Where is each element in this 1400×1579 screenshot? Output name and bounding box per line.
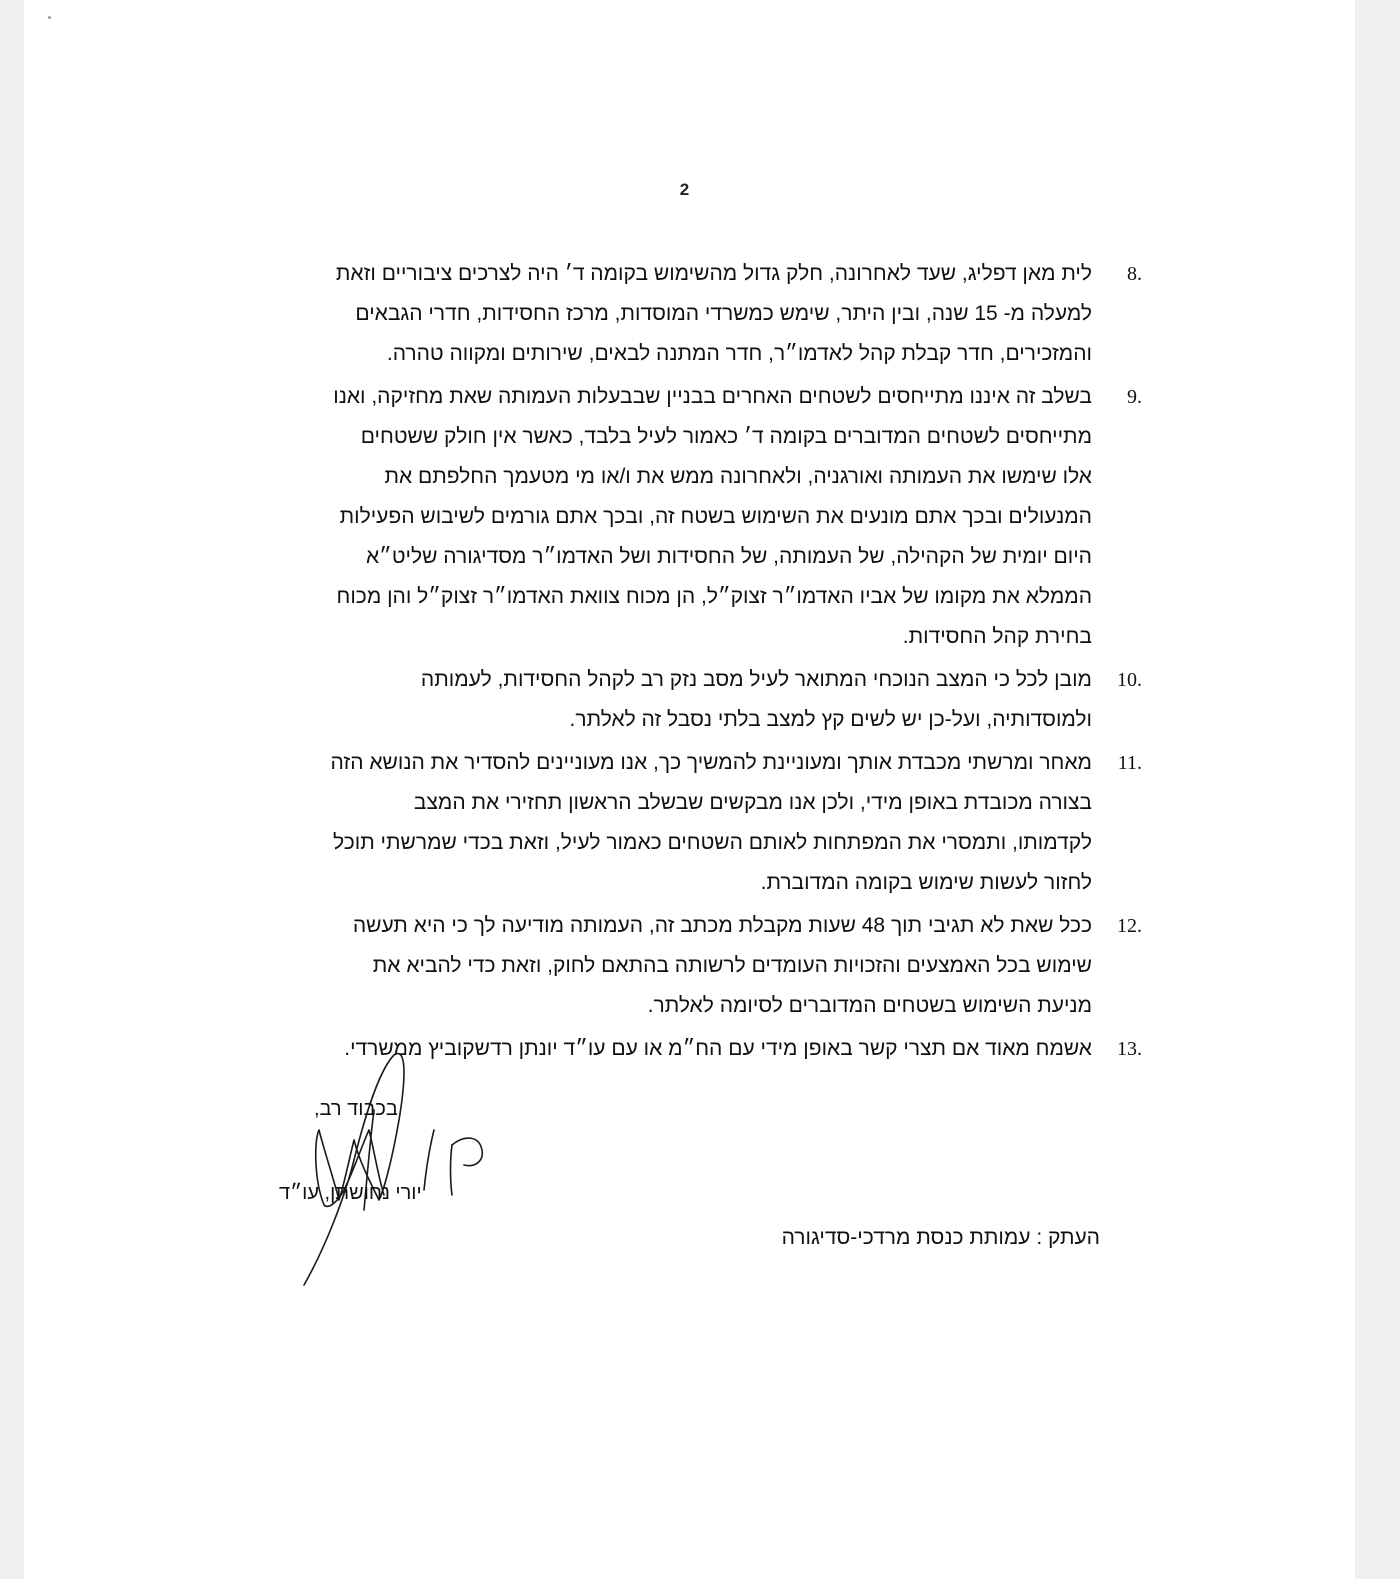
paragraph-line: ולמוסדותיה, ועל-כן יש לשים קץ למצב בלתי … <box>224 700 1092 740</box>
paragraph-line: למעלה מ- 15 שנה, ובין היתר, שימש כמשרדי … <box>224 294 1092 334</box>
cc-line: העתק : עמותת כנסת מרדכי-סדיגורה <box>782 1226 1100 1250</box>
cc-label: העתק : <box>1036 1226 1100 1249</box>
paragraph-line: שימוש בכל האמצעים והזכויות העומדים לרשות… <box>224 946 1092 986</box>
paragraph-10: 10.מובן לכל כי המצב הנוכחי המתואר לעיל מ… <box>224 660 1142 740</box>
paragraph-line: בחירת קהל החסידות. <box>224 617 1092 657</box>
paragraph-number: 13. <box>1100 1029 1142 1069</box>
letter-body: 8.לית מאן דפליג, שעד לאחרונה, חלק גדול מ… <box>224 254 1142 1069</box>
paragraph-line: אלו שימשו את העמותה ואורגניה, ולאחרונה מ… <box>224 457 1092 497</box>
paragraph-line: מאחר ומרשתי מכבדת אותך ומעוניינת להמשיך … <box>224 743 1092 783</box>
paragraph-line: היום יומית של הקהילה, של העמותה, של החסי… <box>224 537 1092 577</box>
paragraph-number: 11. <box>1100 743 1142 783</box>
paragraph-line: המנעולים ובכך אתם מונעים את השימוש בשטח … <box>224 497 1092 537</box>
paragraph-12: 12.ככל שאת לא תגיבי תוך 48 שעות מקבלת מכ… <box>224 906 1142 1026</box>
paragraph-9: 9.בשלב זה איננו מתייחסים לשטחים האחרים ב… <box>224 377 1142 657</box>
paragraph-line: בשלב זה איננו מתייחסים לשטחים האחרים בבנ… <box>224 377 1092 417</box>
handwritten-signature <box>284 1050 504 1290</box>
paragraph-line: מובן לכל כי המצב הנוכחי המתואר לעיל מסב … <box>224 660 1092 700</box>
paragraph-line: והמזכירים, חדר קבלת קהל לאדמו״ר, חדר המת… <box>224 334 1092 374</box>
scan-speck <box>48 16 51 19</box>
paragraph-number: 9. <box>1100 377 1142 417</box>
document-page: 2 8.לית מאן דפליג, שעד לאחרונה, חלק גדול… <box>24 0 1355 1579</box>
paragraph-line: לית מאן דפליג, שעד לאחרונה, חלק גדול מהש… <box>224 254 1092 294</box>
paragraph-11: 11.מאחר ומרשתי מכבדת אותך ומעוניינת להמש… <box>224 743 1142 903</box>
paragraph-line: בצורה מכובדת באופן מידי, ולכן אנו מבקשים… <box>224 783 1092 823</box>
signer-name: יורי נחושתן, עו״ד <box>279 1182 422 1205</box>
paragraph-number: 8. <box>1100 254 1142 294</box>
cc-recipient: עמותת כנסת מרדכי-סדיגורה <box>782 1226 1031 1249</box>
paragraph-8: 8.לית מאן דפליג, שעד לאחרונה, חלק גדול מ… <box>224 254 1142 374</box>
paragraph-line: הממלא את מקומו של אביו האדמו״ר זצוק״ל, ה… <box>224 577 1092 617</box>
closing-regards: בכבוד רב, <box>314 1098 398 1121</box>
paragraph-number: 10. <box>1100 660 1142 700</box>
paragraph-line: מתייחסים לשטחים המדוברים בקומה ד׳ כאמור … <box>224 417 1092 457</box>
paragraph-number: 12. <box>1100 906 1142 946</box>
paragraph-line: מניעת השימוש בשטחים המדוברים לסיומה לאלת… <box>224 986 1092 1026</box>
paragraph-line: לקדמותו, ותמסרי את המפתחות לאותם השטחים … <box>224 823 1092 863</box>
page-number: 2 <box>24 180 1355 200</box>
paragraph-line: לחזור לעשות שימוש בקומה המדוברת. <box>224 863 1092 903</box>
paragraph-line: ככל שאת לא תגיבי תוך 48 שעות מקבלת מכתב … <box>224 906 1092 946</box>
